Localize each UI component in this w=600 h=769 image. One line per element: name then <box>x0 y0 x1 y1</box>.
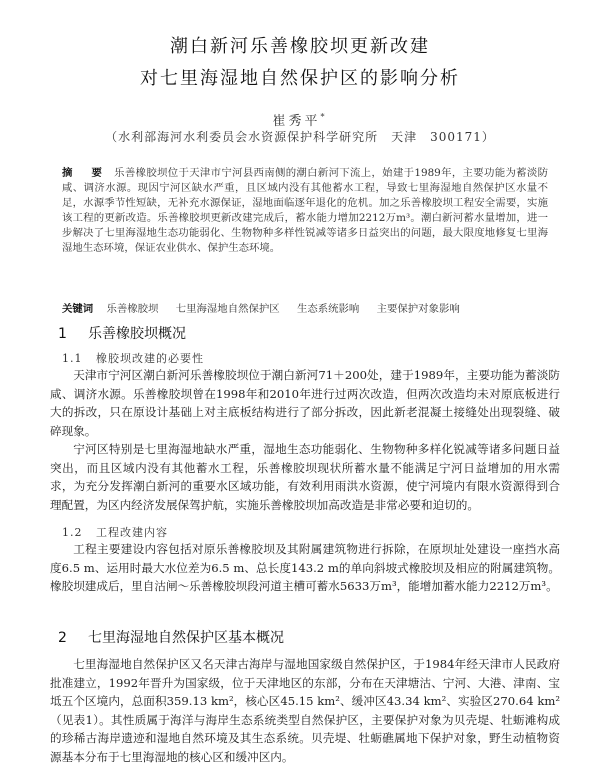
subsection-title: 橡胶坝改建的必要性 <box>96 352 204 365</box>
subsection-heading: 1.2工程改建内容 <box>62 524 168 540</box>
paper-page: 潮白新河乐善橡胶坝更新改建 对七里海湿地自然保护区的影响分析 崔秀平* （水利部… <box>0 0 600 769</box>
keywords: 关键词 乐善橡胶坝 七里海湿地自然保护区 生态系统影响 主要保护对象影响 <box>62 300 548 315</box>
subsection-number: 1.2 <box>62 526 96 539</box>
section-heading: 1乐善橡胶坝概况 <box>58 323 186 343</box>
subsection-heading: 1.1橡胶坝改建的必要性 <box>62 350 204 366</box>
body-paragraph: 天津市宁河区潮白新河乐善橡胶坝位于潮白新河71＋200处，建于1989年，主要功… <box>50 366 560 440</box>
author-name: 崔秀平 <box>272 114 320 129</box>
subsection-number: 1.1 <box>62 352 96 365</box>
subsection-title: 工程改建内容 <box>96 526 168 539</box>
affiliation: （水利部海河水利委员会水资源保护科学研究所 天津 300171） <box>0 128 600 145</box>
section-heading: 2七里海湿地自然保护区基本概况 <box>58 627 284 647</box>
abstract-label: 摘 要 <box>62 167 106 179</box>
keyword: 生态系统影响 <box>297 303 359 315</box>
paper-title-line-1: 潮白新河乐善橡胶坝更新改建 <box>0 32 600 58</box>
keyword: 乐善橡胶坝 <box>106 303 158 315</box>
section-title: 乐善橡胶坝概况 <box>88 326 186 342</box>
paper-title-line-2: 对七里海湿地自然保护区的影响分析 <box>0 64 600 90</box>
abstract: 摘 要乐善橡胶坝位于天津市宁河县西南侧的潮白新河下流上，始建于1989年，主要功… <box>62 166 548 256</box>
keywords-label: 关键词 <box>62 303 93 315</box>
section-number: 2 <box>58 630 88 646</box>
abstract-text: 乐善橡胶坝位于天津市宁河县西南侧的潮白新河下流上，始建于1989年，主要功能为蓄… <box>62 167 548 254</box>
keyword: 七里海湿地自然保护区 <box>176 303 280 315</box>
author: 崔秀平* <box>0 110 600 129</box>
body-paragraph: 宁河区特别是七里海湿地缺水严重，湿地生态功能弱化、生物物种多样化锐减等诸多问题日… <box>50 440 560 514</box>
body-paragraph: 工程主要建设内容包括对原乐善橡胶坝及其附属建筑物进行拆除，在原坝址处建设一座挡水… <box>50 540 560 596</box>
body-paragraph: 七里海湿地自然保护区又名天津古海岸与湿地国家级自然保护区，于1984年经天津市人… <box>50 655 560 766</box>
section-title: 七里海湿地自然保护区基本概况 <box>88 630 284 646</box>
section-number: 1 <box>58 326 88 342</box>
keyword: 主要保护对象影响 <box>377 303 460 315</box>
author-footnote-mark: * <box>321 113 328 122</box>
